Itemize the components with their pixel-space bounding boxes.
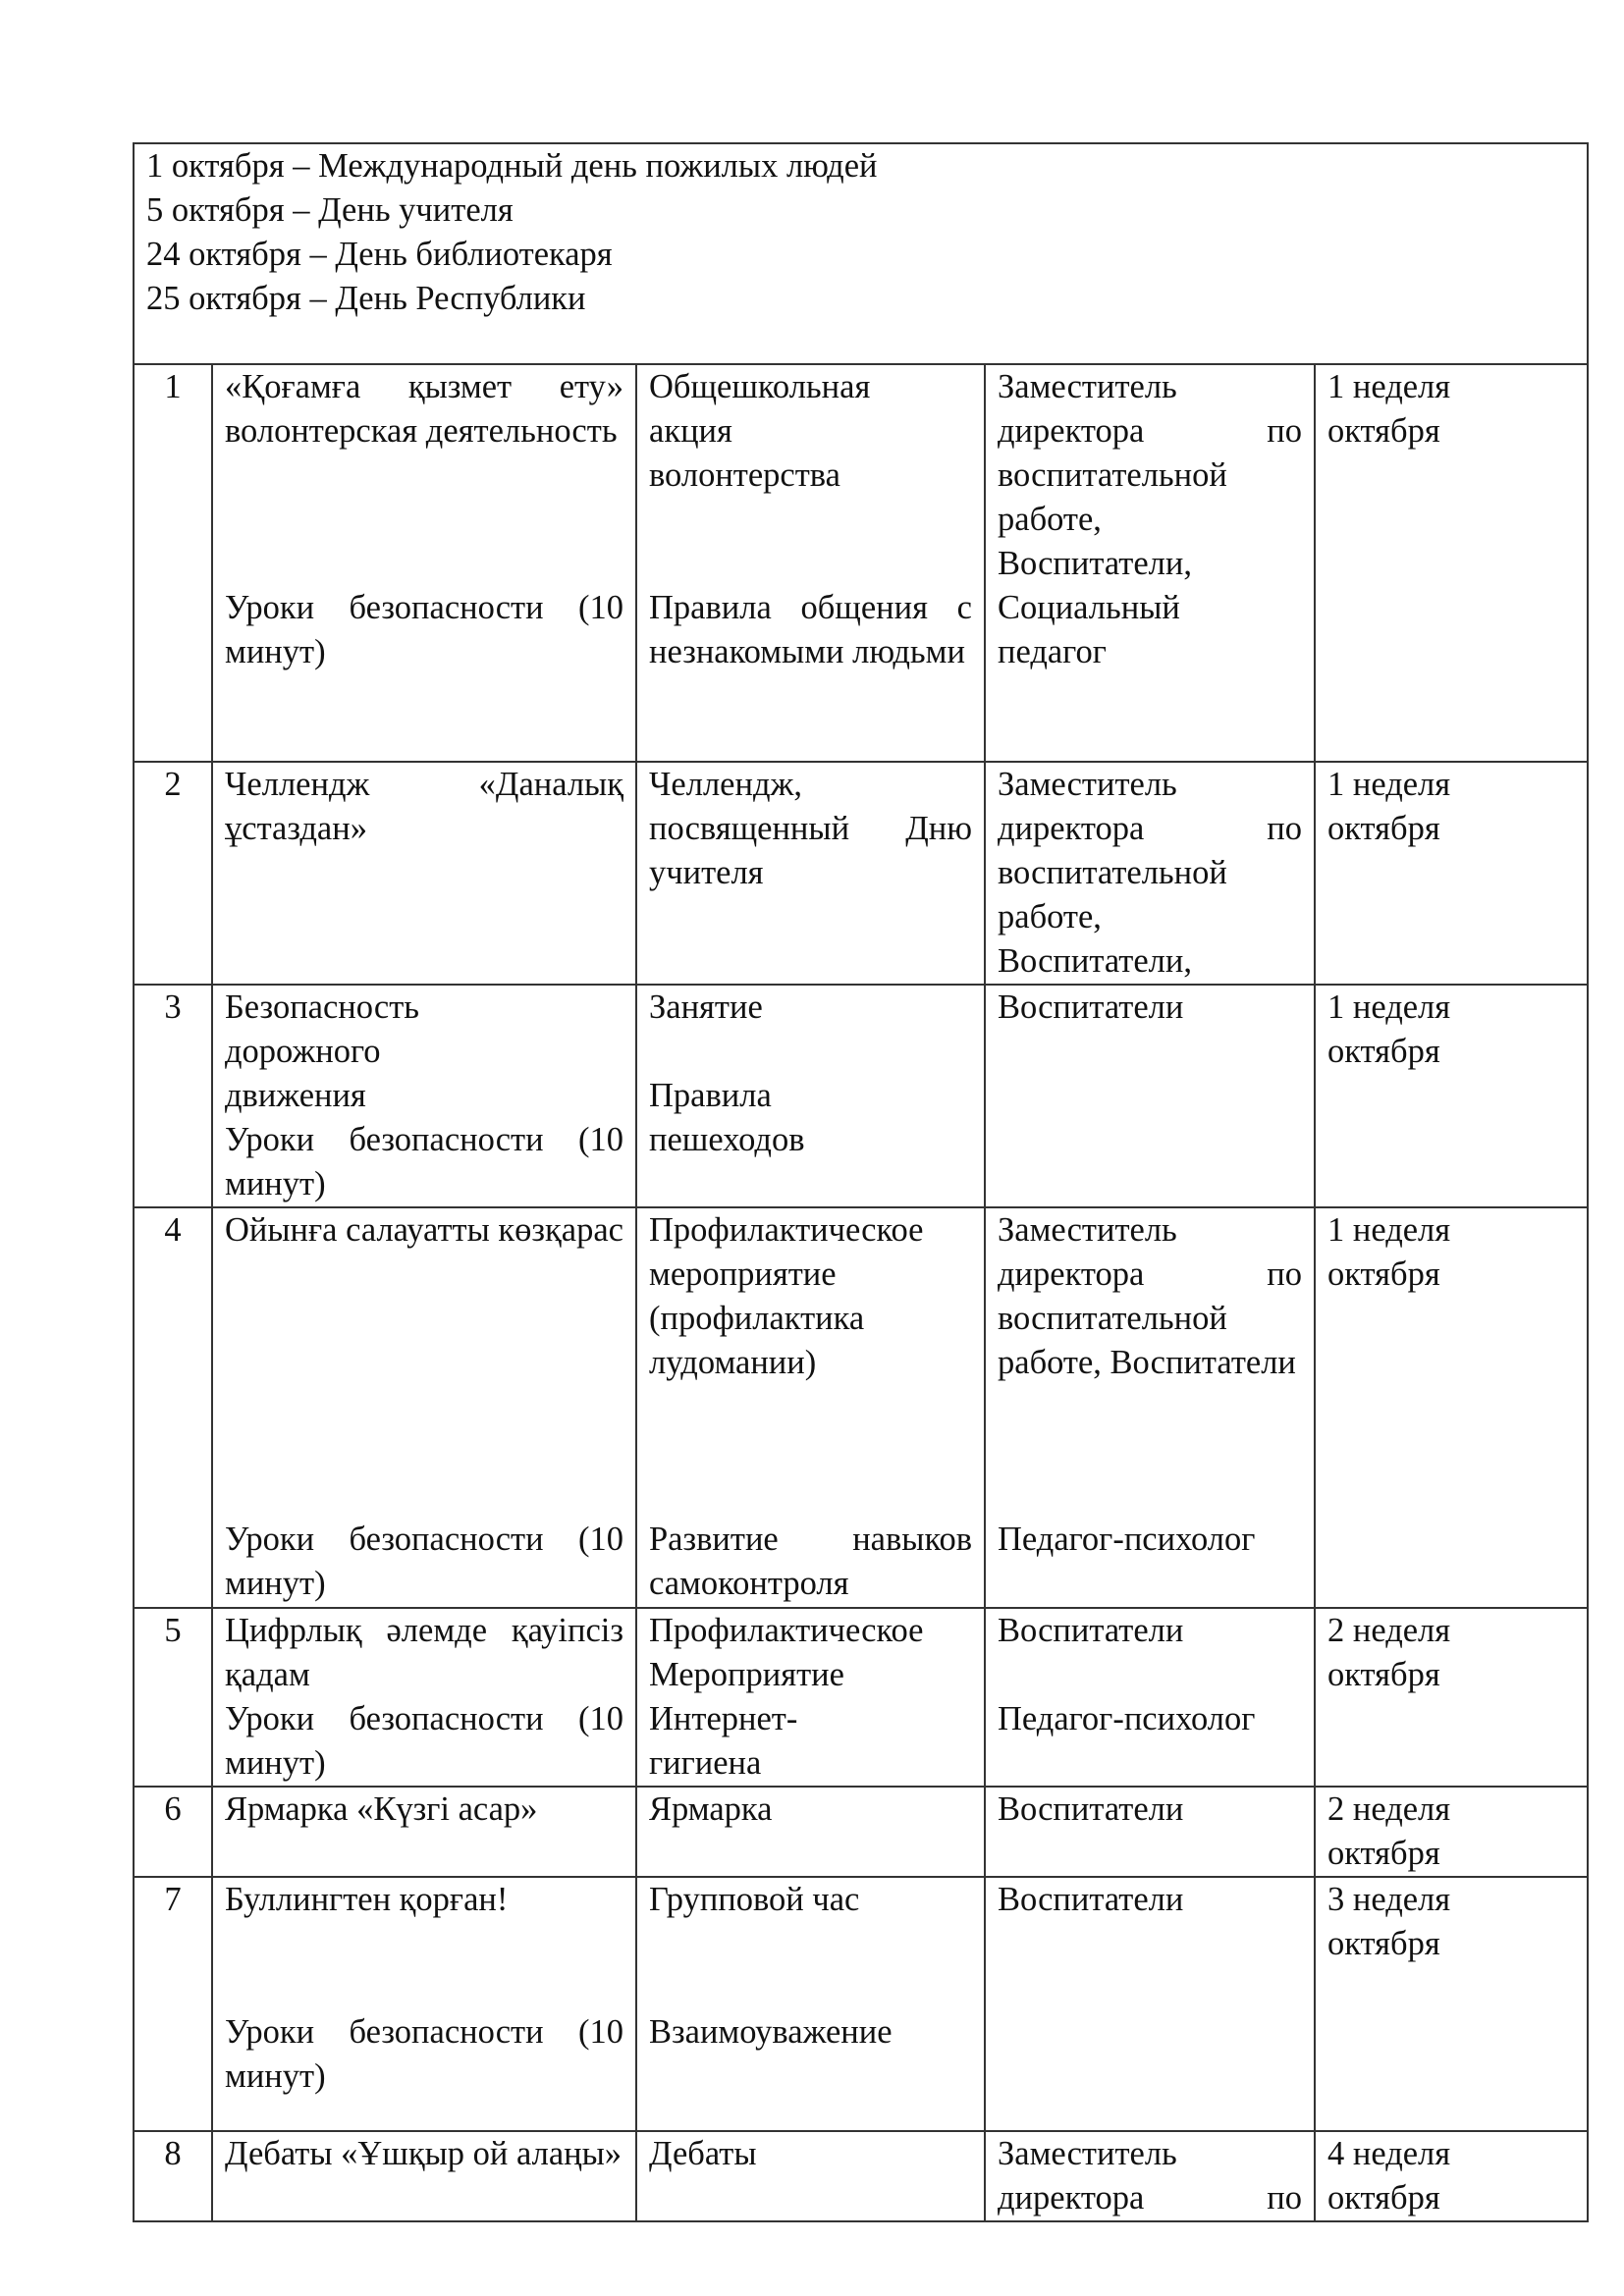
responsible-main: Заместитель директора по воспитательной … <box>998 365 1302 586</box>
date-text: 1 неделя октября <box>1327 986 1485 1074</box>
event-cell: Дебаты «Ұшқыр ой алаңы» <box>212 2131 636 2221</box>
holidays-cell: 1 октября – Международный день пожилых л… <box>134 143 1588 364</box>
event-cell: Ойынға салауатты көзқарас Уроки безопасн… <box>212 1207 636 1608</box>
event-title: Безопасность дорожного движения <box>225 986 480 1118</box>
form-cell: Профилактическое мероприятие (профилакти… <box>636 1207 985 1608</box>
holiday-line: 24 октября – День библиотекаря <box>146 233 1575 277</box>
form-subtitle: Правила общения с незнакомыми людьми <box>649 586 972 674</box>
form-cell: Общешкольная акция волонтерства Правила … <box>636 364 985 762</box>
responsible-main: Воспитатели <box>998 986 1302 1030</box>
form-subtitle: Развитие навыков самоконтроля <box>649 1518 972 1606</box>
date-text: 1 неделя октября <box>1327 763 1485 851</box>
form-cell: Ярмарка <box>636 1787 985 1877</box>
responsible-cell: Воспитатели Педагог-психолог <box>985 1608 1315 1787</box>
date-cell: 3 неделя октября <box>1315 1877 1588 2131</box>
responsible-cell: Воспитатели <box>985 985 1315 1207</box>
table-row: 7 Буллингтен қорған! Уроки безопасности … <box>134 1877 1588 2131</box>
responsible-extra: Педагог-психолог <box>998 1697 1302 1741</box>
event-title: Ярмарка «Күзгі асар» <box>225 1788 623 1832</box>
responsible-main: Заместитель директора по воспитательной … <box>998 763 1302 984</box>
event-subtitle: Уроки безопасности (10 минут) <box>225 1697 623 1786</box>
date-text: 2 неделя октября <box>1327 1788 1485 1876</box>
row-number: 8 <box>134 2131 212 2221</box>
table-row: 5 Цифрлық әлемде қауіпсіз қадам Уроки бе… <box>134 1608 1588 1787</box>
event-cell: Ярмарка «Күзгі асар» <box>212 1787 636 1877</box>
date-cell: 2 неделя октября <box>1315 1787 1588 1877</box>
event-plan-table: 1 октября – Международный день пожилых л… <box>133 142 1589 2222</box>
form-title: Дебаты <box>649 2132 972 2176</box>
table-row: 3 Безопасность дорожного движения Уроки … <box>134 985 1588 1207</box>
date-cell: 1 неделя октября <box>1315 985 1588 1207</box>
responsible-cell: Заместитель директора по <box>985 2131 1315 2221</box>
responsible-cell: Заместитель директора по воспитательной … <box>985 762 1315 985</box>
event-cell: Безопасность дорожного движения Уроки бе… <box>212 985 636 1207</box>
responsible-extra: Социальный педагог <box>998 586 1204 674</box>
form-title: Профилактическое Мероприятие Интернет-ги… <box>649 1609 870 1786</box>
date-cell: 1 неделя октября <box>1315 1207 1588 1608</box>
form-cell: Челлендж, посвященный Дню учителя <box>636 762 985 985</box>
row-number: 6 <box>134 1787 212 1877</box>
responsible-cell: Воспитатели <box>985 1877 1315 2131</box>
form-title: Занятие <box>649 986 972 1074</box>
responsible-main: Воспитатели <box>998 1788 1302 1832</box>
row-number: 3 <box>134 985 212 1207</box>
form-title: Ярмарка <box>649 1788 972 1832</box>
row-number: 1 <box>134 364 212 762</box>
event-cell: Буллингтен қорған! Уроки безопасности (1… <box>212 1877 636 2131</box>
holiday-line: 25 октября – День Республики <box>146 277 1575 321</box>
form-subtitle: Взаимоуважение <box>649 2010 972 2055</box>
row-number: 5 <box>134 1608 212 1787</box>
event-subtitle: Уроки безопасности (10 минут) <box>225 1118 623 1206</box>
event-subtitle: Уроки безопасности (10 минут) <box>225 586 623 674</box>
event-cell: Цифрлық әлемде қауіпсіз қадам Уроки безо… <box>212 1608 636 1787</box>
date-text: 4 неделя октября <box>1327 2132 1485 2220</box>
date-text: 1 неделя октября <box>1327 365 1485 454</box>
table-row: 8 Дебаты «Ұшқыр ой алаңы» Дебаты Замести… <box>134 2131 1588 2221</box>
responsible-cell: Воспитатели <box>985 1787 1315 1877</box>
date-cell: 1 неделя октября <box>1315 364 1588 762</box>
event-title: Челлендж «Даналық ұстаздан» <box>225 763 623 851</box>
row-number: 2 <box>134 762 212 985</box>
event-title: Цифрлық әлемде қауіпсіз қадам <box>225 1609 623 1697</box>
responsible-main: Заместитель директора по воспитательной … <box>998 1208 1302 1518</box>
responsible-cell: Заместитель директора по воспитательной … <box>985 364 1315 762</box>
row-number: 4 <box>134 1207 212 1608</box>
date-text: 3 неделя октября <box>1327 1878 1485 1966</box>
document-page: 1 октября – Международный день пожилых л… <box>0 0 1624 2296</box>
holiday-line: 1 октября – Международный день пожилых л… <box>146 144 1575 188</box>
date-cell: 4 неделя октября <box>1315 2131 1588 2221</box>
date-cell: 1 неделя октября <box>1315 762 1588 985</box>
event-subtitle: Уроки безопасности (10 минут) <box>225 2010 623 2099</box>
form-cell: Групповой час Взаимоуважение <box>636 1877 985 2131</box>
responsible-cell: Заместитель директора по воспитательной … <box>985 1207 1315 1608</box>
form-cell: Занятие Правила пешеходов <box>636 985 985 1207</box>
form-cell: Дебаты <box>636 2131 985 2221</box>
date-text: 2 неделя октября <box>1327 1609 1485 1697</box>
table-row: 4 Ойынға салауатты көзқарас Уроки безопа… <box>134 1207 1588 1608</box>
event-title: Дебаты «Ұшқыр ой алаңы» <box>225 2132 623 2176</box>
table-row: 1 «Қоғамға қызмет ету» волонтерская деят… <box>134 364 1588 762</box>
responsible-main: Заместитель директора по <box>998 2132 1302 2220</box>
event-title: Буллингтен қорған! <box>225 1878 623 2010</box>
form-subtitle: Правила пешеходов <box>649 1074 796 1162</box>
event-cell: Челлендж «Даналық ұстаздан» <box>212 762 636 985</box>
event-cell: «Қоғамға қызмет ету» волонтерская деятел… <box>212 364 636 762</box>
responsible-extra: Педагог-психолог <box>998 1518 1302 1562</box>
responsible-main: Воспитатели <box>998 1609 1302 1697</box>
date-text: 1 неделя октября <box>1327 1208 1485 1297</box>
event-title: Ойынға салауатты көзқарас <box>225 1208 623 1518</box>
table-row: 6 Ярмарка «Күзгі асар» Ярмарка Воспитате… <box>134 1787 1588 1877</box>
holiday-line: 5 октября – День учителя <box>146 188 1575 233</box>
row-number: 7 <box>134 1877 212 2131</box>
date-cell: 2 неделя октября <box>1315 1608 1588 1787</box>
form-cell: Профилактическое Мероприятие Интернет-ги… <box>636 1608 985 1787</box>
table-row: 2 Челлендж «Даналық ұстаздан» Челлендж, … <box>134 762 1588 985</box>
event-title: «Қоғамға қызмет ету» волонтерская деятел… <box>225 365 623 586</box>
form-title: Общешкольная акция волонтерства <box>649 365 875 542</box>
responsible-main: Воспитатели <box>998 1878 1302 1922</box>
holidays-row: 1 октября – Международный день пожилых л… <box>134 143 1588 364</box>
form-title: Профилактическое мероприятие (профилакти… <box>649 1208 870 1518</box>
event-subtitle: Уроки безопасности (10 минут) <box>225 1518 623 1606</box>
form-title: Групповой час <box>649 1878 972 2010</box>
form-title: Челлендж, посвященный Дню учителя <box>649 763 972 895</box>
